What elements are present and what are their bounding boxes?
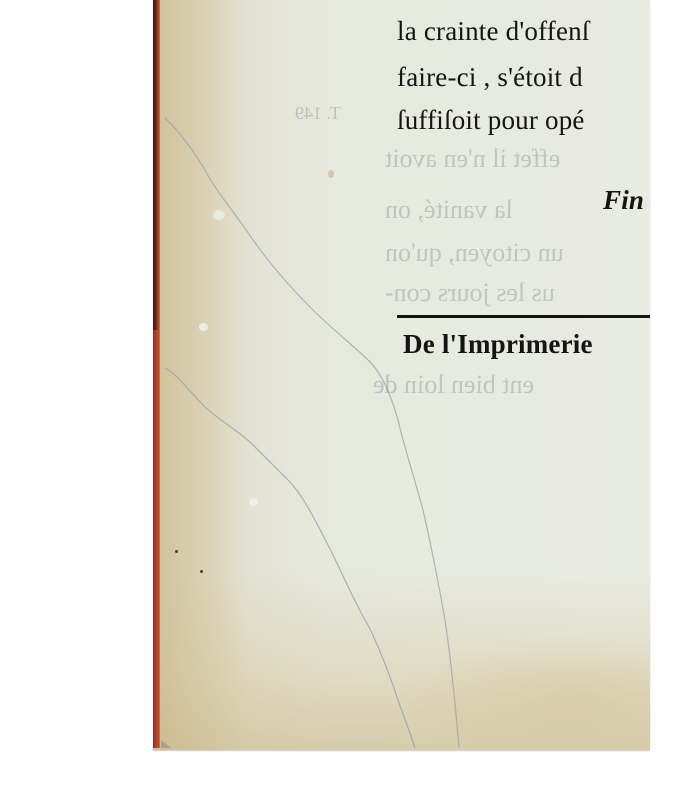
foxing-spot bbox=[200, 570, 203, 573]
scan-background: T. 149 effet il n'en avoit la vanité, on… bbox=[0, 0, 700, 800]
book-page: T. 149 effet il n'en avoit la vanité, on… bbox=[153, 0, 650, 750]
bleed-through-page-number: T. 149 bbox=[295, 103, 341, 124]
body-line: la crainte d'offenſ bbox=[397, 16, 590, 46]
bleed-through-line: ent bien loin de bbox=[373, 370, 534, 400]
red-edge-gilding bbox=[153, 330, 158, 748]
foxing-spot bbox=[175, 550, 178, 553]
bleed-through-line: la vanité, on bbox=[385, 195, 513, 225]
paper-spot bbox=[213, 210, 225, 220]
body-line: ſuffiſoit pour opé bbox=[397, 105, 585, 135]
horizontal-rule bbox=[397, 315, 650, 318]
paper-spot bbox=[249, 498, 258, 506]
imprint-line: De l'Imprimerie bbox=[403, 329, 593, 359]
bleed-through-line: us les jours con- bbox=[385, 278, 555, 308]
body-line: faire-ci , s'étoit d bbox=[397, 62, 583, 92]
bleed-through-line: effet il n'en avoit bbox=[385, 144, 560, 174]
bleed-through-line: un citoyen, qu'on bbox=[385, 238, 564, 268]
page-corner-fold bbox=[161, 740, 171, 748]
crease-line-lower bbox=[165, 368, 415, 748]
paper-spot bbox=[199, 323, 208, 331]
fin-closing: Fin bbox=[603, 185, 644, 215]
foxing-spot bbox=[328, 170, 334, 178]
